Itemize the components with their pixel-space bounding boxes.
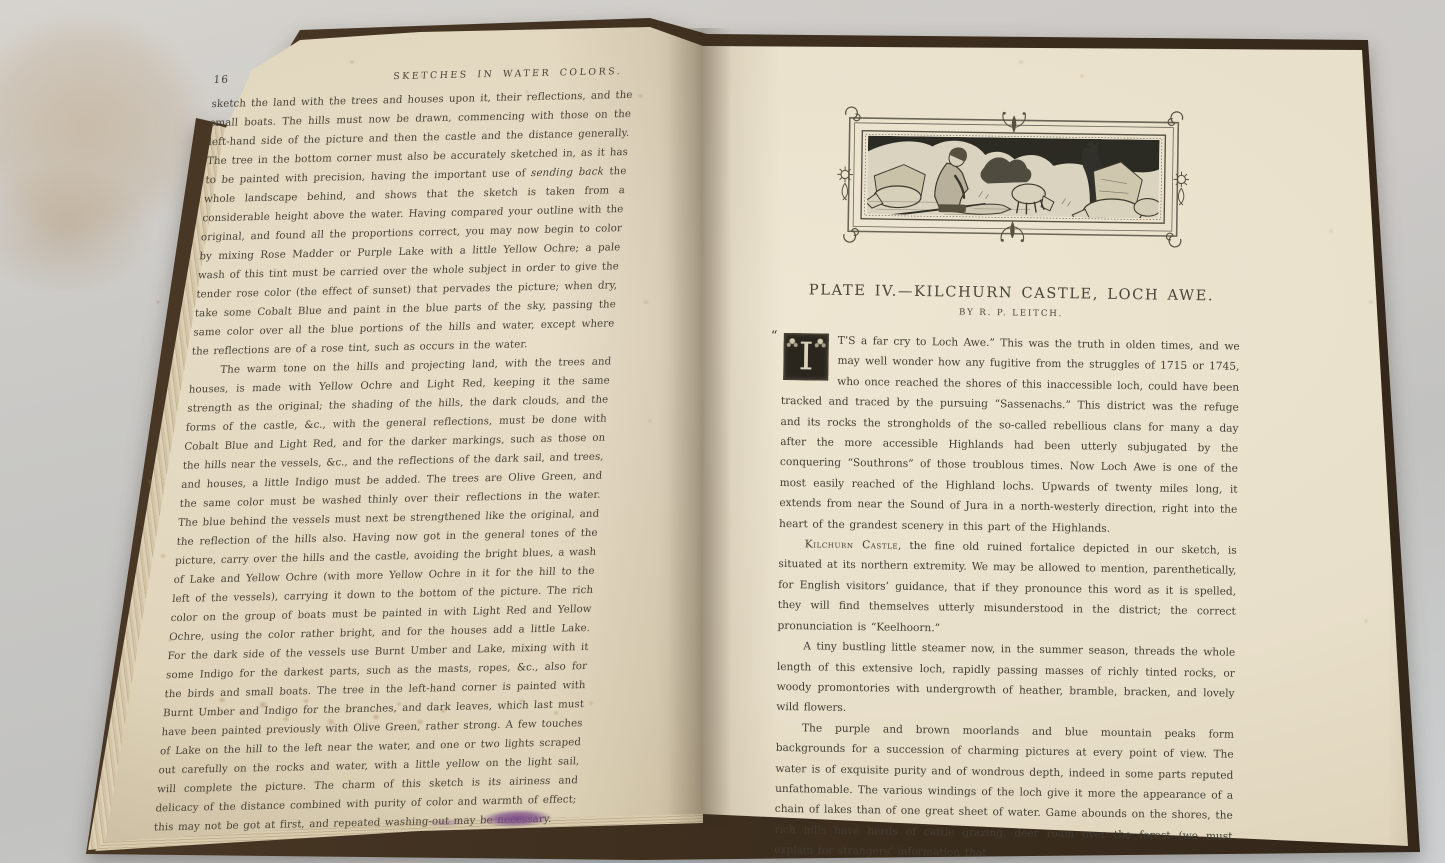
paragraph-text: T’S a far cry to Loch Awe.” This was the…: [779, 335, 1240, 535]
headpiece-engraving-figure-with-swine: [836, 105, 1190, 257]
paragraph: A tiny bustling little steamer now, in t…: [776, 636, 1235, 724]
italic-phrase: sending back: [531, 167, 605, 180]
paragraph-text: the whole landscape behind, and shows th…: [191, 166, 626, 358]
paragraph: The warm tone on the hills and projectin…: [153, 352, 612, 837]
kilchurn-castle-smallcaps: Kilchurn Castle: [805, 538, 899, 551]
left-page-text: 16 SKETCHES IN WATER COLORS. sketch the …: [153, 65, 635, 838]
paragraph-text: , the fine old ruined fortalice depicted…: [777, 540, 1236, 634]
right-page-content: PLATE IV.—KILCHURN CASTLE, LOCH AWE. BY …: [774, 56, 1244, 863]
opening-quote: “: [771, 327, 778, 348]
paragraph: Kilchurn Castle, the fine old ruined for…: [777, 534, 1236, 643]
running-header: SKETCHES IN WATER COLORS.: [393, 66, 623, 82]
byline: BY R. P. LEITCH.: [782, 305, 1240, 322]
drop-cap-initial: I: [783, 333, 829, 381]
plate-title: PLATE IV.—KILCHURN CASTLE, LOCH AWE.: [782, 281, 1240, 305]
paragraph-continuation: sketch the land with the trees and house…: [191, 86, 633, 362]
photo-of-open-book: 16 SKETCHES IN WATER COLORS. sketch the …: [0, 0, 1445, 863]
purple-ink-mark: [466, 807, 559, 829]
paragraph: The purple and brown moorlands and blue …: [774, 718, 1234, 863]
paragraph-opening: “ I T’S a far cry to Loch Awe.” This was…: [779, 330, 1240, 541]
page-number: 16: [213, 74, 229, 86]
